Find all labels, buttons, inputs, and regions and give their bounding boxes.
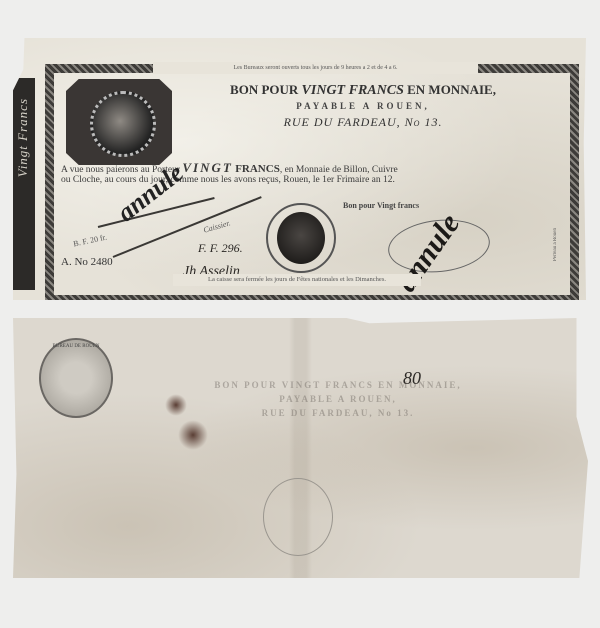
serial-number: A. No 2480 bbox=[61, 256, 113, 268]
amount-note: Bon pour Vingt francs bbox=[343, 201, 419, 210]
bottom-band-text: La caisse sera fermée les jours de Fêtes… bbox=[173, 274, 421, 286]
body-line-1: A vue nous paierons au Porteur VINGT FRA… bbox=[61, 160, 561, 176]
note-title: BON POUR VINGT FRANCS EN MONNAIE, bbox=[193, 82, 533, 99]
handwritten-number: 80 bbox=[403, 368, 421, 389]
body-line-2: ou Cloche, au cours du jour, comme nous … bbox=[61, 175, 561, 185]
payable-line: PAYABLE A ROUEN, bbox=[193, 101, 533, 111]
banknote-back: BUREAU DE ROUEN BON POUR VINGT FRANCS EN… bbox=[13, 318, 588, 578]
printer-mark: Perreau à Rouen bbox=[553, 228, 558, 261]
circular-stamp: BUREAU DE ROUEN bbox=[39, 338, 113, 418]
ledger-folio: F. F. 296. bbox=[198, 241, 243, 256]
ink-stain bbox=[178, 420, 208, 450]
address-line: RUE DU FARDEAU, No 13. bbox=[193, 115, 533, 130]
medallion-figure bbox=[90, 91, 156, 157]
counterfoil-strip: Vingt Francs bbox=[13, 78, 35, 290]
seal-impression bbox=[263, 478, 333, 556]
ink-stain bbox=[165, 394, 187, 416]
wax-seal bbox=[266, 203, 336, 273]
top-band-text: Les Bureaux seront ouverts tous les jour… bbox=[153, 62, 478, 74]
show-through-text: BON POUR VINGT FRANCS EN MONNAIE, PAYABL… bbox=[173, 378, 503, 420]
counterfoil-text: Vingt Francs bbox=[15, 98, 31, 177]
banknote-front: Vingt Francs Les Bureaux seront ouverts … bbox=[13, 38, 586, 300]
allegorical-vignette bbox=[66, 79, 172, 165]
